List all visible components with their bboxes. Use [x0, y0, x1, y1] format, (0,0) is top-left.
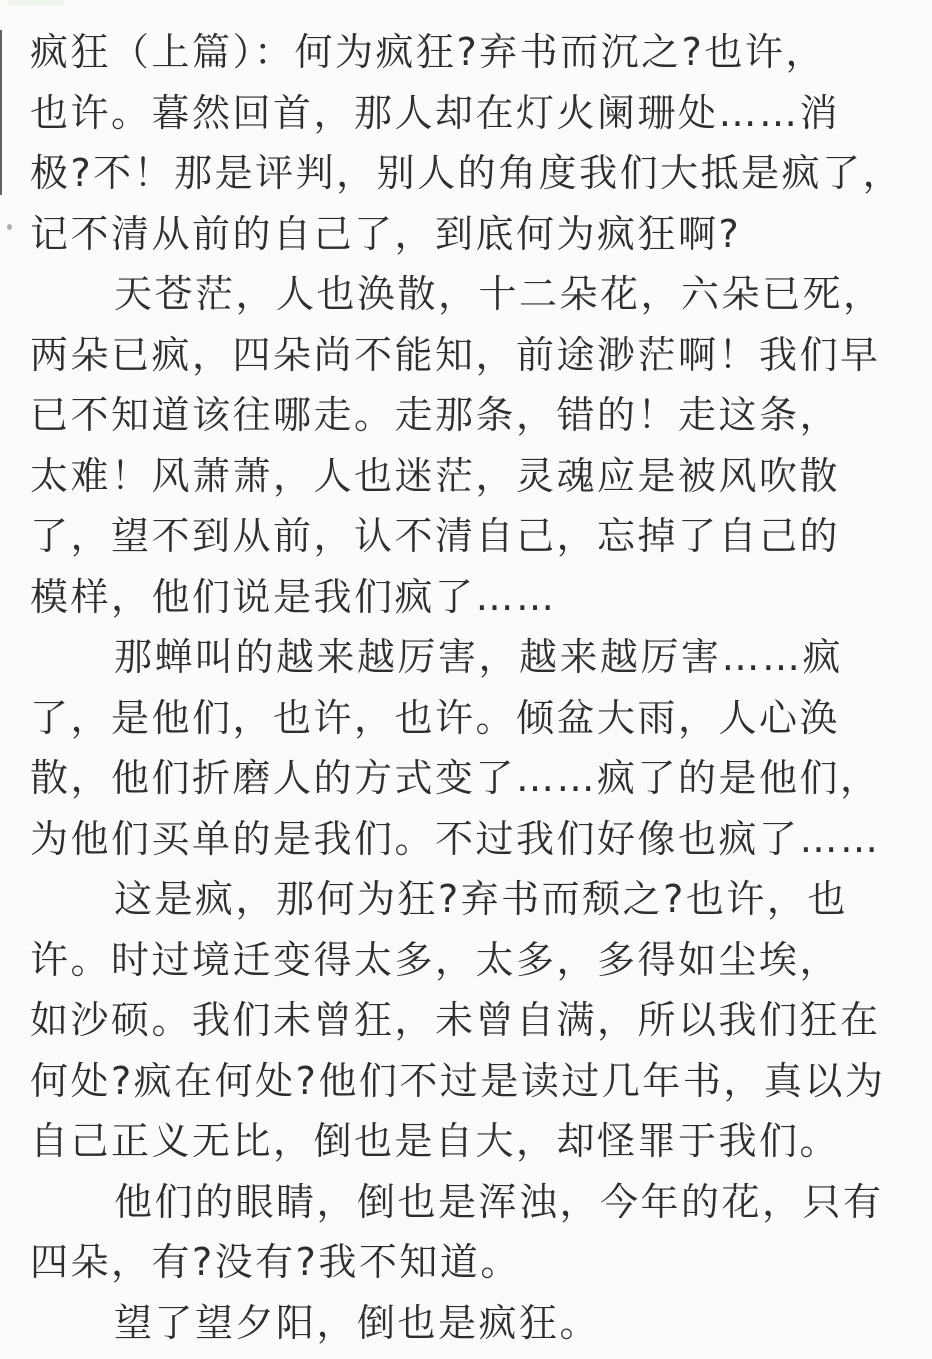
- text-line: 了，是他们，也许，也许。倾盆大雨，人心涣: [30, 688, 906, 749]
- title-line: 疯狂（上篇）：何为疯狂?弃书而沉之?也许，: [30, 22, 906, 83]
- essay-text-body: 疯狂（上篇）：何为疯狂?弃书而沉之?也许，也许。暮然回首，那人却在灯火阑珊处………: [30, 22, 906, 1353]
- text-line: 许。时过境迁变得太多，太多，多得如尘埃，: [30, 930, 906, 991]
- text-line: 四朵，有?没有?我不知道。: [30, 1232, 906, 1293]
- text-line: 太难！风萧萧，人也迷茫，灵魂应是被风吹散: [30, 446, 906, 507]
- text-line: 为他们买单的是我们。不过我们好像也疯了……: [30, 809, 906, 870]
- text-line: 散，他们折磨人的方式变了……疯了的是他们，: [30, 748, 906, 809]
- text-line: 天苍茫，人也涣散，十二朵花，六朵已死，: [30, 264, 906, 325]
- scan-artifact-corner-tint: [8, 0, 64, 6]
- text-line: 模样，他们说是我们疯了……: [30, 567, 906, 628]
- text-line: 了，望不到从前，认不清自己，忘掉了自己的: [30, 506, 906, 567]
- text-line: 这是疯，那何为狂?弃书而颓之?也许，也: [30, 869, 906, 930]
- document-page: 疯狂（上篇）：何为疯狂?弃书而沉之?也许，也许。暮然回首，那人却在灯火阑珊处………: [0, 0, 932, 1359]
- text-line: 那蝉叫的越来越厉害，越来越厉害……疯: [30, 627, 906, 688]
- text-line: 何处?疯在何处?他们不过是读过几年书，真以为: [30, 1051, 906, 1112]
- text-line: 两朵已疯，四朵尚不能知，前途渺茫啊！我们早: [30, 325, 906, 386]
- text-line: 记不清从前的自己了，到底何为疯狂啊?: [30, 204, 906, 265]
- paragraph: 疯狂（上篇）：何为疯狂?弃书而沉之?也许，也许。暮然回首，那人却在灯火阑珊处………: [30, 22, 906, 264]
- text-line: 他们的眼睛，倒也是浑浊，今年的花，只有: [30, 1172, 906, 1233]
- text-line: 已不知道该往哪走。走那条，错的！走这条，: [30, 385, 906, 446]
- scan-artifact-edge-line: [0, 30, 2, 195]
- text-line: 望了望夕阳，倒也是疯狂。: [30, 1293, 906, 1354]
- scan-artifact-speck: [7, 224, 12, 230]
- paragraph: 望了望夕阳，倒也是疯狂。: [30, 1293, 906, 1354]
- text-line: 也许。暮然回首，那人却在灯火阑珊处……消: [30, 83, 906, 144]
- text-line: 自己正义无比，倒也是自大，却怪罪于我们。: [30, 1111, 906, 1172]
- paragraph: 他们的眼睛，倒也是浑浊，今年的花，只有四朵，有?没有?我不知道。: [30, 1172, 906, 1293]
- paragraph: 那蝉叫的越来越厉害，越来越厉害……疯了，是他们，也许，也许。倾盆大雨，人心涣散，…: [30, 627, 906, 869]
- text-line: 如沙硕。我们未曾狂，未曾自满，所以我们狂在: [30, 990, 906, 1051]
- paragraph: 这是疯，那何为狂?弃书而颓之?也许，也许。时过境迁变得太多，太多，多得如尘埃，如…: [30, 869, 906, 1172]
- paragraph: 天苍茫，人也涣散，十二朵花，六朵已死，两朵已疯，四朵尚不能知，前途渺茫啊！我们早…: [30, 264, 906, 627]
- text-line: 极?不！那是评判，别人的角度我们大抵是疯了，: [30, 143, 906, 204]
